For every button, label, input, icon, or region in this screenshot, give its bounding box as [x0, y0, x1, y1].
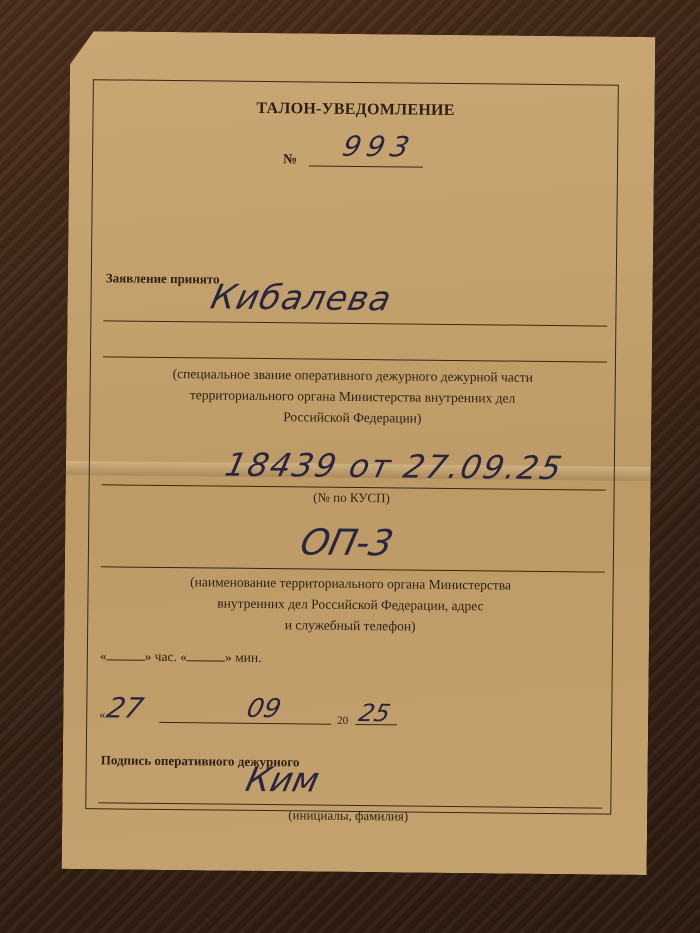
quote: «: [100, 648, 107, 663]
signature-caption: (инициалы, фамилия): [86, 802, 610, 828]
document-number-field: № 993: [283, 144, 423, 169]
date-day-handwritten: 27: [104, 691, 147, 724]
organ-handwritten: ОП-3: [296, 522, 396, 564]
minutes-label: » мин.: [225, 650, 262, 665]
organ-caption: (наименование территориального органа Ми…: [88, 570, 613, 638]
date-year-handwritten: 25: [356, 699, 393, 727]
accepted-by-line-1: [103, 320, 607, 326]
number-sign: №: [283, 152, 297, 168]
kusp-caption: (№ по КУСП): [89, 484, 613, 510]
date-row: « 27 09 20 25: [99, 692, 399, 727]
date-month-handwritten: 09: [244, 694, 284, 724]
accepted-by-caption: (специальное звание оперативного дежурно…: [90, 362, 615, 430]
hours-label: » час.: [145, 649, 177, 664]
duty-officer-signature: Ким: [242, 760, 323, 801]
caption-line: и служебный телефон): [88, 612, 612, 638]
kusp-number-handwritten: 18439 от 27.09.25: [222, 446, 567, 487]
date-century: 20: [337, 715, 348, 727]
document-title: ТАЛОН-УВЕДОМЛЕНИЕ: [94, 98, 618, 121]
accepted-by-line-2: [103, 356, 607, 362]
quote: «: [180, 649, 187, 664]
accepted-by-handwritten: Кибалева: [207, 277, 395, 319]
form-frame: ТАЛОН-УВЕДОМЛЕНИЕ № 993 Заявление принят…: [85, 79, 619, 814]
hours-blank: [107, 659, 145, 660]
notification-slip-paper: ТАЛОН-УВЕДОМЛЕНИЕ № 993 Заявление принят…: [62, 31, 656, 875]
number-underline: [309, 165, 423, 167]
caption-line: Российской Федерации): [90, 404, 614, 430]
minutes-blank: [187, 660, 225, 661]
accepted-label: Заявление принято: [106, 270, 220, 287]
document-number-handwritten: 993: [340, 130, 419, 164]
time-row: «» час. «» мин.: [100, 648, 262, 666]
